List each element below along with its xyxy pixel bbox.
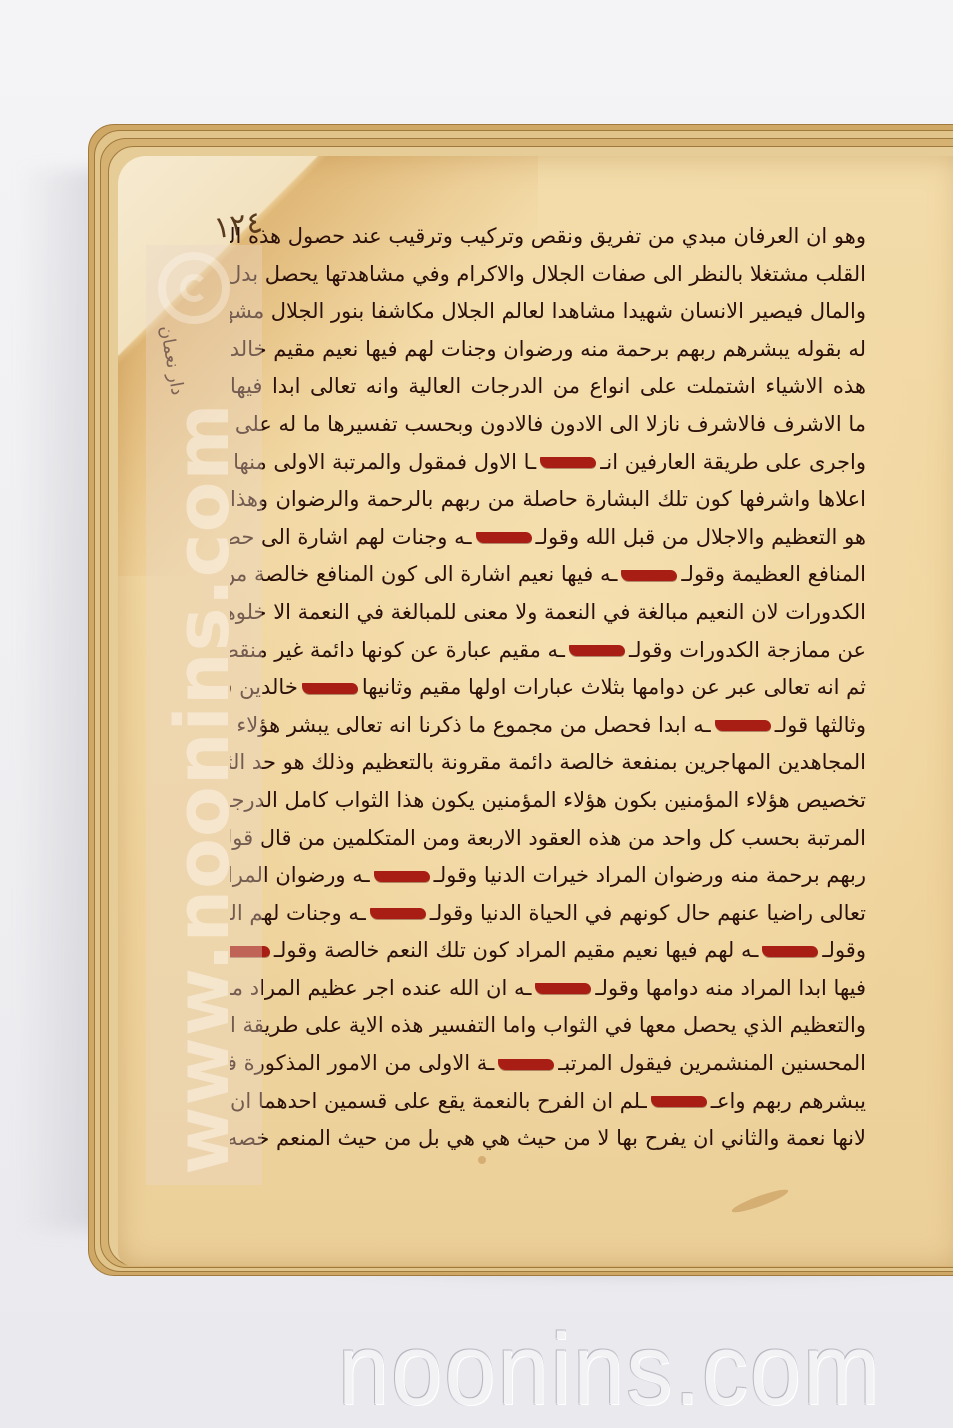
line-text: المجاهدين المهاجرين بمنفعة خالصة دائمة م… (230, 750, 866, 774)
rubric-overline (374, 871, 430, 882)
line-text: ربهم برحمة منه ورضوان المراد خيرات الدني… (434, 863, 866, 887)
rubric-overline (535, 983, 591, 994)
line-text: له بقوله يبشرهم ربهم برحمة منه ورضوان وج… (230, 337, 866, 361)
watermark-bottom: noonins.com (338, 1313, 882, 1428)
manuscript-line: وهو ان العرفان مبدي من تفريق ونقص وتركيب… (230, 218, 866, 256)
rubric-overline (370, 908, 426, 919)
line-text: واجرى على طريقة العارفين انـ (600, 450, 866, 474)
copyright-icon (158, 252, 230, 324)
line-text: ـه ابدا فحصل من مجموع ما ذكرنا انه تعالى… (230, 713, 711, 737)
manuscript-line: اعلاها واشرفها كون تلك البشارة حاصلة من … (230, 481, 866, 519)
line-text: فيها ابدا المراد منه دوامها وقولـ (595, 976, 866, 1000)
line-text: عن ممازجة الكدورات وقولـ (629, 638, 866, 662)
rubric-overline (762, 946, 818, 957)
line-text: ـه لهم فيها نعيم مقيم المراد كون تلك الن… (274, 938, 759, 962)
manuscript-line: المنافع العظيمة وقولــه فيها نعيم اشارة … (230, 556, 866, 594)
rubric-overline (569, 645, 625, 656)
line-text: لانها نعمة والثاني ان يفرح بها لا من حيث… (230, 1126, 866, 1150)
line-text: ما الاشرف فالاشرف نازلا الى الادون فالاد… (230, 412, 866, 436)
line-text: وهو ان العرفان مبدي من تفريق ونقص وتركيب… (230, 224, 866, 248)
manuscript-line: ثم انه تعالى عبر عن دوامها بثلاث عبارات … (230, 669, 866, 707)
manuscript-line: ربهم برحمة منه ورضوان المراد خيرات الدني… (230, 857, 866, 895)
line-text: القلب مشتغلا بالنظر الى صفات الجلال والا… (230, 262, 866, 286)
line-text: هذه الاشياء اشتملت على انواع من الدرجات … (230, 374, 866, 398)
rubric-overline (302, 683, 358, 694)
manuscript-text: وهو ان العرفان مبدي من تفريق ونقص وتركيب… (230, 218, 866, 1158)
rubric-overline (715, 720, 771, 731)
line-text: المحسنين المنشمرين فيقول المرتبـ (558, 1051, 866, 1075)
manuscript-line: عن ممازجة الكدورات وقولــه مقيم عبارة عن… (230, 632, 866, 670)
line-text: ـه مقيم عبارة عن كونها دائمة غير منقطعة (230, 638, 565, 662)
manuscript-line: الكدورات لان النعيم مبالغة في النعمة ولا… (230, 594, 866, 632)
line-text: يبشرهم ربهم واعـ (711, 1089, 866, 1113)
manuscript-line: وقولــه لهم فيها نعيم مقيم المراد كون تل… (230, 932, 866, 970)
manuscript-line: المجاهدين المهاجرين بمنفعة خالصة دائمة م… (230, 744, 866, 782)
manuscript-line: القلب مشتغلا بالنظر الى صفات الجلال والا… (230, 256, 866, 294)
manuscript-line: فيها ابدا المراد منه دوامها وقولــه ان ا… (230, 970, 866, 1008)
manuscript-line: تعالى راضيا عنهم حال كونهم في الحياة الد… (230, 895, 866, 933)
manuscript-line: والمال فيصير الانسان شهيدا مشاهدا لعالم … (230, 293, 866, 331)
line-text: ـة الاولى من الامور المذكورة في هذه الاي… (230, 1051, 494, 1075)
rubric-overline (651, 1096, 707, 1107)
line-text: والتعظيم الذي يحصل معها في الثواب واما ا… (230, 1013, 866, 1037)
line-text: المنافع العظيمة وقولـ (681, 562, 866, 586)
line-text: المرتبة بحسب كل واحد من هذه العقود الارب… (230, 826, 866, 850)
manuscript-line: هذه الاشياء اشتملت على انواع من الدرجات … (230, 368, 866, 406)
line-text: ـه وجنات لهم اشارة الى حصول (230, 525, 472, 549)
line-text: الكدورات لان النعيم مبالغة في النعمة ولا… (230, 600, 866, 624)
watermark-vertical: www.noonins.com (160, 402, 246, 1175)
manuscript-line: يبشرهم ربهم واعــلم ان الفرح بالنعمة يقع… (230, 1083, 866, 1121)
rubric-overline (540, 457, 596, 468)
line-text: ثم انه تعالى عبر عن دوامها بثلاث عبارات … (362, 675, 866, 699)
line-text: والمال فيصير الانسان شهيدا مشاهدا لعالم … (230, 299, 866, 323)
line-text: ـا الاول فمقول والمرتبة الاولى منها وهي (230, 450, 536, 474)
manuscript-line: له بقوله يبشرهم ربهم برحمة منه ورضوان وج… (230, 331, 866, 369)
manuscript-line: المحسنين المنشمرين فيقول المرتبــة الاول… (230, 1045, 866, 1083)
rubric-overline (476, 532, 532, 543)
paper-stain (730, 1186, 790, 1216)
manuscript-line: واجرى على طريقة العارفين انــا الاول فمق… (230, 444, 866, 482)
line-text: تعالى راضيا عنهم حال كونهم في الحياة الد… (430, 901, 866, 925)
manuscript-line: وثالثها قولــه ابدا فحصل من مجموع ما ذكر… (230, 707, 866, 745)
line-text: ـلم ان الفرح بالنعمة يقع على قسمين احدهم… (230, 1089, 647, 1113)
rubric-overline (498, 1059, 554, 1070)
line-text: وقولـ (822, 938, 866, 962)
line-text: ـه ان الله عنده اجر عظيم المراد منه الاج… (230, 976, 531, 1000)
line-text: وثالثها قولـ (775, 713, 866, 737)
manuscript-line: ما الاشرف فالاشرف نازلا الى الادون فالاد… (230, 406, 866, 444)
line-text: اعلاها واشرفها كون تلك البشارة حاصلة من … (230, 487, 866, 511)
line-text: تخصيص هؤلاء المؤمنين بكون هؤلاء المؤمنين… (230, 788, 866, 812)
manuscript-line: هو التعظيم والاجلال من قبل الله وقولــه … (230, 519, 866, 557)
manuscript-line: لانها نعمة والثاني ان يفرح بها لا من حيث… (230, 1120, 866, 1158)
rubric-overline (621, 570, 677, 581)
line-text: ـه فيها نعيم اشارة الى كون المنافع خالصة… (230, 562, 617, 586)
line-text: هو التعظيم والاجلال من قبل الله وقولـ (536, 525, 866, 549)
manuscript-line: والتعظيم الذي يحصل معها في الثواب واما ا… (230, 1007, 866, 1045)
manuscript-line: تخصيص هؤلاء المؤمنين بكون هؤلاء المؤمنين… (230, 782, 866, 820)
manuscript-line: المرتبة بحسب كل واحد من هذه العقود الارب… (230, 820, 866, 858)
